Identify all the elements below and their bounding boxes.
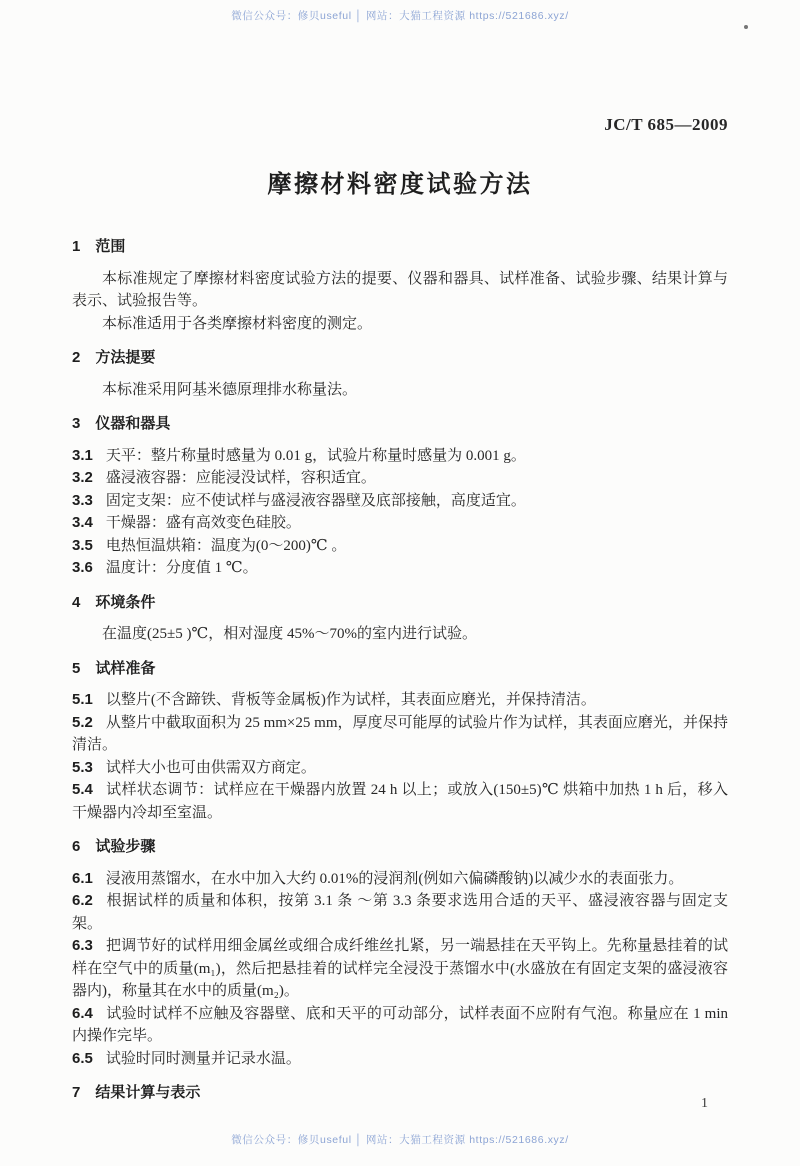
clause-5.2: 5.2从整片中截取面积为 25 mm×25 mm，厚度尽可能厚的试验片作为试样，… xyxy=(72,712,728,757)
watermark-bottom: 微信公众号：修贝useful │ 网站：大猫工程资源 https://52168… xyxy=(0,1132,800,1147)
clause-3.2: 3.2盛浸液容器：应能浸没试样，容积适宜。 xyxy=(72,467,728,490)
clause-text: 根据试样的质量和体积，按第 3.1 条 ～第 3.3 条要求选用合适的天平、盛浸… xyxy=(72,893,728,932)
section-heading-7: 7结果计算与表示 xyxy=(72,1082,728,1105)
clause-5.3: 5.3试样大小也可由供需双方商定。 xyxy=(72,757,728,780)
section-number: 1 xyxy=(72,238,80,255)
clause-text: 固定支架：应不使试样与盛浸液容器壁及底部接触，高度适宜。 xyxy=(106,493,526,509)
section-number: 2 xyxy=(72,349,80,366)
clause-text: 从整片中截取面积为 25 mm×25 mm，厚度尽可能厚的试验片作为试样，其表面… xyxy=(72,715,728,754)
section-heading-4: 4环境条件 xyxy=(72,592,728,615)
clause-number: 3.4 xyxy=(72,514,93,531)
watermark-top-text: 微信公众号：修贝useful │ 网站：大猫工程资源 https://52168… xyxy=(231,10,569,22)
clause-number: 5.3 xyxy=(72,759,93,776)
document-title: 摩擦材料密度试验方法 xyxy=(0,164,800,199)
section-number: 3 xyxy=(72,415,80,432)
section-title: 试验步骤 xyxy=(95,838,155,855)
clause-number: 6.4 xyxy=(72,1005,93,1022)
section-title: 环境条件 xyxy=(95,594,155,611)
section-title: 范围 xyxy=(95,238,125,255)
section-number: 6 xyxy=(72,838,80,855)
standard-number: JC/T 685—2009 xyxy=(604,115,728,135)
clause-text: 电热恒温烘箱：温度为(0～200)℃ 。 xyxy=(106,538,347,554)
clause-text: 天平：整片称量时感量为 0.01 g，试验片称量时感量为 0.001 g。 xyxy=(106,448,526,464)
clause-text: 试样大小也可由供需双方商定。 xyxy=(106,760,316,776)
clause-3.3: 3.3固定支架：应不使试样与盛浸液容器壁及底部接触，高度适宜。 xyxy=(72,490,728,513)
clause-number: 5.2 xyxy=(72,714,93,731)
section-title: 仪器和器具 xyxy=(95,415,170,432)
page-number: 1 xyxy=(701,1096,708,1112)
clause-number: 3.1 xyxy=(72,447,93,464)
clause-5.1: 5.1以整片(不含蹄铁、背板等金属板)作为试样，其表面应磨光，并保持清洁。 xyxy=(72,689,728,712)
clause-6.2: 6.2根据试样的质量和体积，按第 3.1 条 ～第 3.3 条要求选用合适的天平… xyxy=(72,890,728,935)
clause-number: 6.1 xyxy=(72,870,93,887)
clause-6.3: 6.3把调节好的试样用细金属丝或细合成纤维丝扎紧，另一端悬挂在天平钩上。先称量悬… xyxy=(72,935,728,1003)
section-heading-5: 5试样准备 xyxy=(72,658,728,681)
section-title: 方法提要 xyxy=(95,349,155,366)
clause-text: 浸液用蒸馏水，在水中加入大约 0.01%的浸润剂(例如六偏磷酸钠)以减少水的表面… xyxy=(106,871,684,887)
clause-number: 3.2 xyxy=(72,469,93,486)
paragraph: 本标准采用阿基米德原理排水称量法。 xyxy=(72,379,728,402)
clause-number: 3.5 xyxy=(72,537,93,554)
clause-5.4: 5.4试样状态调节：试样应在干燥器内放置 24 h 以上；或放入(150±5)℃… xyxy=(72,779,728,824)
clause-3.6: 3.6温度计：分度值 1 ℃。 xyxy=(72,557,728,580)
section-number: 7 xyxy=(72,1084,80,1101)
paragraph: 在温度(25±5 )℃，相对湿度 45%～70%的室内进行试验。 xyxy=(72,623,728,646)
clause-number: 6.2 xyxy=(72,892,93,909)
section-heading-2: 2方法提要 xyxy=(72,347,728,370)
section-number: 4 xyxy=(72,594,80,611)
section-heading-3: 3仪器和器具 xyxy=(72,413,728,436)
document-body: 1范围本标准规定了摩擦材料密度试验方法的提要、仪器和器具、试样准备、试验步骤、结… xyxy=(72,224,728,1114)
clause-3.4: 3.4干燥器：盛有高效变色硅胶。 xyxy=(72,512,728,535)
clause-number: 5.4 xyxy=(72,781,93,798)
clause-number: 3.6 xyxy=(72,559,93,576)
clause-text: 盛浸液容器：应能浸没试样，容积适宜。 xyxy=(106,470,376,486)
paragraph: 本标准适用于各类摩擦材料密度的测定。 xyxy=(72,313,728,336)
section-title: 试样准备 xyxy=(95,660,155,677)
clause-6.4: 6.4试验时试样不应触及容器壁、底和天平的可动部分，试样表面不应附有气泡。称量应… xyxy=(72,1003,728,1048)
clause-text: 以整片(不含蹄铁、背板等金属板)作为试样，其表面应磨光，并保持清洁。 xyxy=(106,692,596,708)
watermark-bottom-text: 微信公众号：修贝useful │ 网站：大猫工程资源 https://52168… xyxy=(231,1134,569,1146)
watermark-top: 微信公众号：修贝useful │ 网站：大猫工程资源 https://52168… xyxy=(0,8,800,23)
clause-text: 把调节好的试样用细金属丝或细合成纤维丝扎紧，另一端悬挂在天平钩上。先称量悬挂着的… xyxy=(72,938,728,999)
clause-text: 试验时同时测量并记录水温。 xyxy=(106,1051,301,1067)
section-number: 5 xyxy=(72,660,80,677)
scan-artifact-dot xyxy=(744,25,748,29)
section-heading-1: 1范围 xyxy=(72,236,728,259)
clause-number: 5.1 xyxy=(72,691,93,708)
clause-3.5: 3.5电热恒温烘箱：温度为(0～200)℃ 。 xyxy=(72,535,728,558)
clause-number: 3.3 xyxy=(72,492,93,509)
clause-text: 试样状态调节：试样应在干燥器内放置 24 h 以上；或放入(150±5)℃ 烘箱… xyxy=(72,782,728,821)
clause-3.1: 3.1天平：整片称量时感量为 0.01 g，试验片称量时感量为 0.001 g。 xyxy=(72,445,728,468)
section-title: 结果计算与表示 xyxy=(95,1084,200,1101)
clause-6.5: 6.5试验时同时测量并记录水温。 xyxy=(72,1048,728,1071)
clause-text: 温度计：分度值 1 ℃。 xyxy=(106,560,258,576)
section-heading-6: 6试验步骤 xyxy=(72,836,728,859)
clause-6.1: 6.1浸液用蒸馏水，在水中加入大约 0.01%的浸润剂(例如六偏磷酸钠)以减少水… xyxy=(72,868,728,891)
clause-number: 6.3 xyxy=(72,937,93,954)
clause-text: 试验时试样不应触及容器壁、底和天平的可动部分，试样表面不应附有气泡。称量应在 1… xyxy=(72,1006,728,1045)
paragraph: 本标准规定了摩擦材料密度试验方法的提要、仪器和器具、试样准备、试验步骤、结果计算… xyxy=(72,268,728,313)
clause-text: 干燥器：盛有高效变色硅胶。 xyxy=(106,515,301,531)
clause-number: 6.5 xyxy=(72,1050,93,1067)
